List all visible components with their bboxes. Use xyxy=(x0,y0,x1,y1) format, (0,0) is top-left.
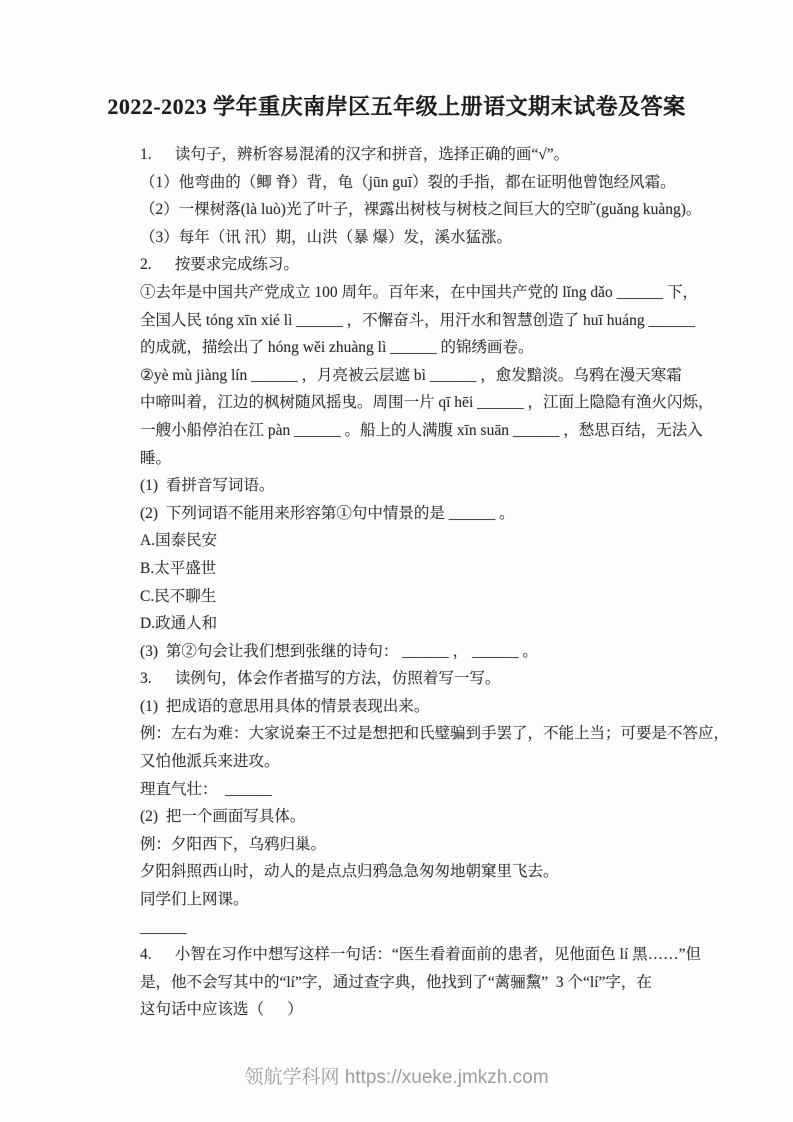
text-line-27: 夕阳斜照西山时，动人的是点点归鸦急急匆匆地朝窠里飞去。 xyxy=(140,858,703,886)
page-title: 2022-2023 学年重庆南岸区五年级上册语文期末试卷及答案 xyxy=(0,0,793,121)
text-line-30: 4. 小智在习作中想写这样一句话：“医生看着面前的患者，见他面色 lí 黑……”… xyxy=(140,941,703,969)
text-line-26: 例：夕阳西下，乌鸦归巢。 xyxy=(140,831,703,859)
text-line-6: ①去年是中国共产党成立 100 周年。百年来，在中国共产党的 lǐng dǎo … xyxy=(140,279,703,307)
text-line-24: 理直气壮： ______ xyxy=(140,776,703,804)
text-line-1: 1. 读句子，辨析容易混淆的汉字和拼音，选择正确的画“√”。 xyxy=(140,141,703,169)
text-line-22: 例：左右为难：大家说秦王不过是想把和氏璧骗到手罢了，不能上当；可要是不答应， xyxy=(140,720,703,748)
text-line-3: （2）一棵树落(là luò)光了叶子，裸露出树枝与树枝之间巨大的空旷(guǎn… xyxy=(140,196,703,224)
text-line-8: 的成就，描绘出了 hóng wěi zhuàng lì ______ 的锦绣画卷… xyxy=(140,334,703,362)
exam-body: 1. 读句子，辨析容易混淆的汉字和拼音，选择正确的画“√”。（1）他弯曲的（鲫 … xyxy=(140,141,703,1024)
text-line-23: 又怕他派兵来进攻。 xyxy=(140,748,703,776)
text-line-12: 睡。 xyxy=(140,445,703,473)
text-line-9: ②yè mù jiàng lín ______ ，月亮被云层遮 bì _____… xyxy=(140,362,703,390)
text-line-10: 中啼叫着，江边的枫树随风摇曳。周围一片 qī hēi ______ ，江面上隐隐… xyxy=(140,389,703,417)
text-line-13: (1) 看拼音写词语。 xyxy=(140,472,703,500)
text-line-7: 全国人民 tóng xīn xié lì ______ ，不懈奋斗，用汗水和智慧… xyxy=(140,307,703,335)
text-line-21: (1) 把成语的意思用具体的情景表现出来。 xyxy=(140,693,703,721)
text-line-19: (3) 第②句会让我们想到张继的诗句： ______ ， ______ 。 xyxy=(140,638,703,666)
text-line-31: 是，他不会写其中的“lí”字，通过查字典，他找到了“蓠骊黧” 3 个“lí”字，… xyxy=(140,969,703,997)
text-line-4: （3）每年（讯 汛）期，山洪（暴 爆）发，溪水猛涨。 xyxy=(140,224,703,252)
text-line-15: A.国泰民安 xyxy=(140,527,703,555)
footer-watermark: 领航学科网 https://xueke.jmkzh.com xyxy=(0,1062,793,1089)
text-line-2: （1）他弯曲的（鲫 脊）背，龟（jūn guī）裂的手指，都在证明他曾饱经风霜。 xyxy=(140,169,703,197)
text-line-14: (2) 下列词语不能用来形容第①句中情景的是 ______ 。 xyxy=(140,500,703,528)
text-line-17: C.民不聊生 xyxy=(140,583,703,611)
text-line-20: 3. 读例句，体会作者描写的方法，仿照着写一写。 xyxy=(140,665,703,693)
text-line-25: (2) 把一个画面写具体。 xyxy=(140,803,703,831)
text-line-11: 一艘小船停泊在江 pàn ______ 。船上的人满腹 xīn suān ___… xyxy=(140,417,703,445)
text-line-28: 同学们上网课。 xyxy=(140,886,703,914)
text-line-16: B.太平盛世 xyxy=(140,555,703,583)
text-line-18: D.政通人和 xyxy=(140,610,703,638)
text-line-5: 2. 按要求完成练习。 xyxy=(140,251,703,279)
text-line-32: 这句话中应该选（ ） xyxy=(140,996,703,1024)
text-line-29: ______ xyxy=(140,914,703,942)
